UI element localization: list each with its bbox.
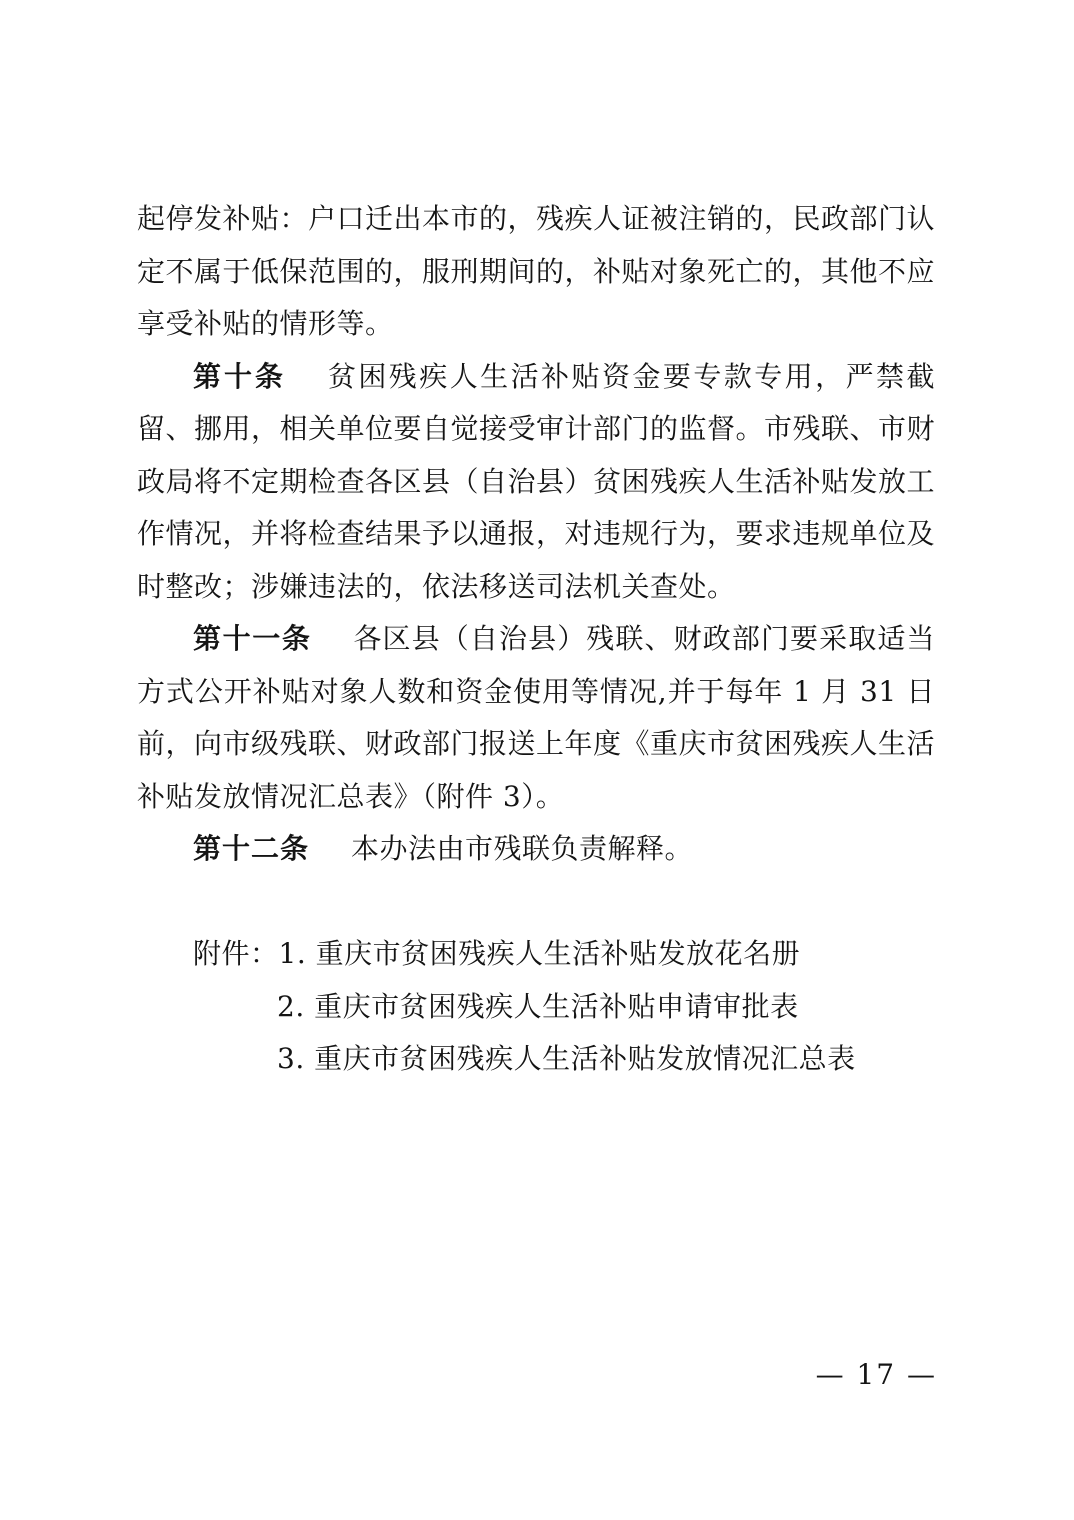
article-11-number: 第十一条 xyxy=(193,622,311,655)
paragraph-continuation: 起停发补贴：户口迁出本市的，残疾人证被注销的，民政部门认定不属于低保范围的，服刑… xyxy=(137,193,935,351)
attachment-item-1: 1. 重庆市贫困残疾人生活补贴发放花名册 xyxy=(279,937,801,970)
attachment-row-2: 2. 重庆市贫困残疾人生活补贴申请审批表 xyxy=(193,981,935,1034)
paragraph-text: 起停发补贴：户口迁出本市的，残疾人证被注销的，民政部门认定不属于低保范围的，服刑… xyxy=(137,202,935,340)
document-body: 起停发补贴：户口迁出本市的，残疾人证被注销的，民政部门认定不属于低保范围的，服刑… xyxy=(137,193,935,1086)
attachment-item-3: 3. 重庆市贫困残疾人生活补贴发放情况汇总表 xyxy=(277,1042,856,1075)
document-page: 起停发补贴：户口迁出本市的，残疾人证被注销的，民政部门认定不属于低保范围的，服刑… xyxy=(0,0,1074,1520)
article-10-text: 贫困残疾人生活补贴资金要专款专用，严禁截留、挪用，相关单位要自觉接受审计部门的监… xyxy=(137,360,935,603)
paragraph-article-11: 第十一条各区县（自治县）残联、财政部门要采取适当方式公开补贴对象人数和资金使用等… xyxy=(137,613,935,823)
paragraph-article-12: 第十二条本办法由市残联负责解释。 xyxy=(137,823,935,876)
attachments-block: 附件：1. 重庆市贫困残疾人生活补贴发放花名册 2. 重庆市贫困残疾人生活补贴申… xyxy=(137,928,935,1086)
attachment-row-1: 附件：1. 重庆市贫困残疾人生活补贴发放花名册 xyxy=(193,928,935,981)
article-12-text: 本办法由市残联负责解释。 xyxy=(351,832,693,865)
attachment-row-3: 3. 重庆市贫困残疾人生活补贴发放情况汇总表 xyxy=(193,1033,935,1086)
attachments-label: 附件： xyxy=(193,937,279,970)
attachment-item-2: 2. 重庆市贫困残疾人生活补贴申请审批表 xyxy=(277,990,799,1023)
article-10-number: 第十条 xyxy=(193,360,286,393)
page-number: — 17 — xyxy=(816,1349,937,1402)
paragraph-article-10: 第十条贫困残疾人生活补贴资金要专款专用，严禁截留、挪用，相关单位要自觉接受审计部… xyxy=(137,351,935,614)
article-12-number: 第十二条 xyxy=(193,832,309,865)
